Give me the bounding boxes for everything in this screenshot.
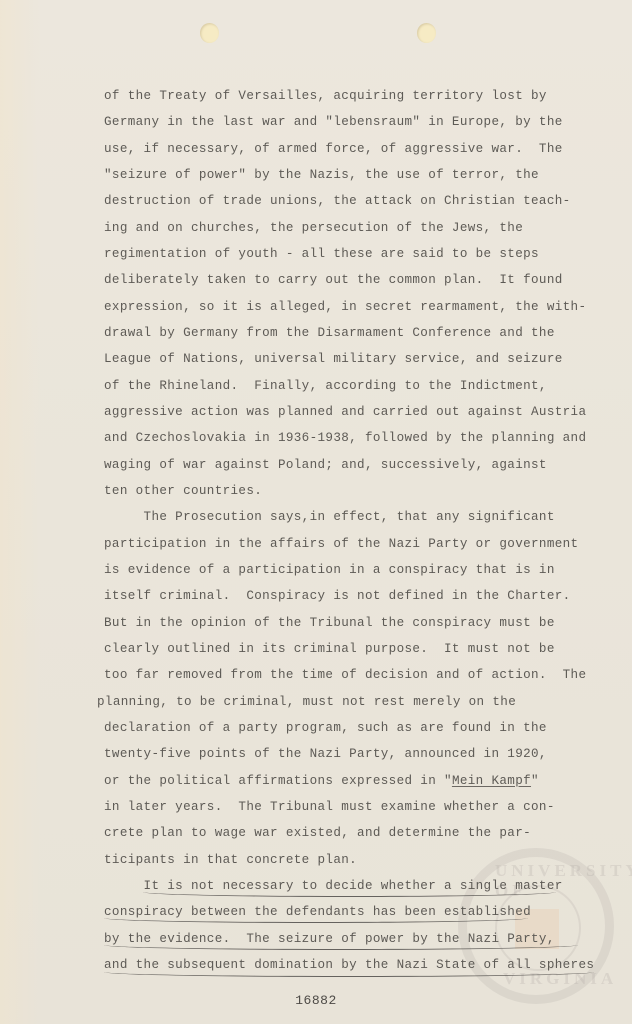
text-line: declaration of a party program, such as … — [104, 720, 547, 736]
text-line: waging of war against Poland; and, succe… — [104, 457, 547, 473]
text-line: ing and on churches, the persecution of … — [104, 220, 523, 236]
text-line: Germany in the last war and "lebensraum"… — [104, 114, 563, 130]
text-line: destruction of trade unions, the attack … — [104, 193, 571, 209]
text-line: use, if necessary, of armed force, of ag… — [104, 141, 563, 157]
punch-hole-left — [200, 23, 219, 43]
text-segment: or the political affirmations expressed … — [104, 774, 452, 788]
text-line: ten other countries. — [104, 483, 262, 499]
text-line: of the Treaty of Versailles, acquiring t… — [104, 88, 547, 104]
text-line: of the Rhineland. Finally, according to … — [104, 378, 547, 394]
text-line: deliberately taken to carry out the comm… — [104, 272, 563, 288]
text-line: "seizure of power" by the Nazis, the use… — [104, 167, 539, 183]
text-line: expression, so it is alleged, in secret … — [104, 299, 586, 315]
text-line: itself criminal. Conspiracy is not defin… — [104, 588, 571, 604]
university-seal-watermark: UNIVERSITY OF VIRGINIA — [458, 848, 614, 1004]
text-line: But in the opinion of the Tribunal the c… — [104, 615, 555, 631]
text-line-mein-kampf: or the political affirmations expressed … — [104, 773, 539, 789]
page-number: 16882 — [0, 993, 632, 1008]
text-line: ticipants in that concrete plan. — [104, 852, 357, 868]
underlined-text-line: and the subsequent domination by the Naz… — [104, 957, 594, 973]
text-line: and Czechoslovakia in 1936-1938, followe… — [104, 430, 586, 446]
text-line: clearly outlined in its criminal purpose… — [104, 641, 555, 657]
book-title-mein-kampf: Mein Kampf — [452, 774, 531, 788]
text-line: planning, to be criminal, must not rest … — [97, 694, 516, 710]
text-line: League of Nations, universal military se… — [104, 351, 563, 367]
punch-hole-right — [417, 23, 436, 43]
text-line: The Prosecution says,in effect, that any… — [104, 509, 555, 525]
text-line: in later years. The Tribunal must examin… — [104, 799, 555, 815]
text-line: regimentation of youth - all these are s… — [104, 246, 539, 262]
text-line: crete plan to wage war existed, and dete… — [104, 825, 531, 841]
document-page: UNIVERSITY OF VIRGINIA of the Treaty of … — [0, 0, 632, 1024]
text-line: drawal by Germany from the Disarmament C… — [104, 325, 555, 341]
closing-quote: " — [531, 774, 539, 788]
text-line: twenty-five points of the Nazi Party, an… — [104, 746, 547, 762]
text-line: participation in the affairs of the Nazi… — [104, 536, 578, 552]
text-line: is evidence of a participation in a cons… — [104, 562, 555, 578]
text-line: aggressive action was planned and carrie… — [104, 404, 586, 420]
text-line: too far removed from the time of decisio… — [104, 667, 586, 683]
